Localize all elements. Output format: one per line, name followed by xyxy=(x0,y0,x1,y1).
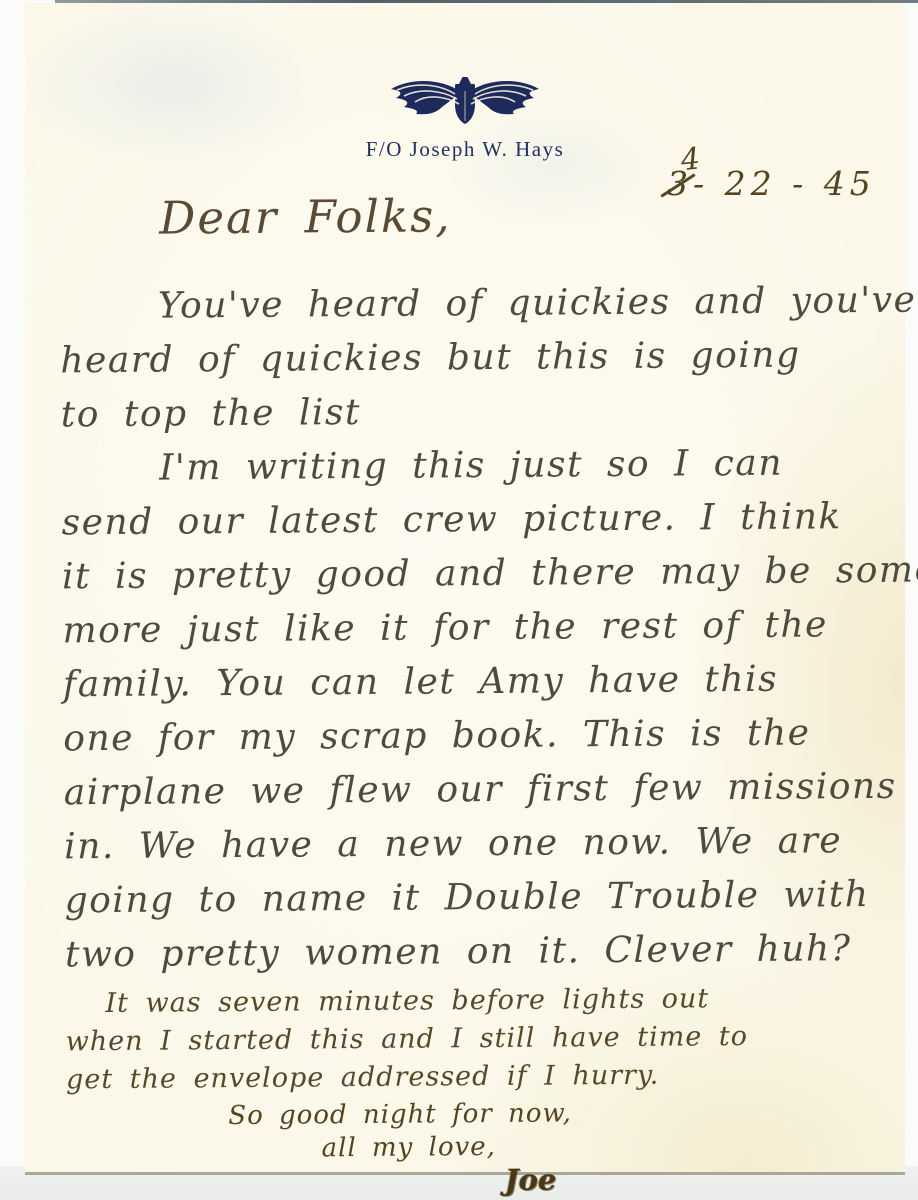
handwritten-line: more just like it for the rest of the xyxy=(62,604,914,665)
handwritten-line: to top the list xyxy=(61,388,913,449)
handwritten-line: one for my scrap book. This is the xyxy=(63,712,915,773)
handwritten-line: going to name it Double Trouble with xyxy=(64,874,916,935)
handwritten-line: when I started this and I still have tim… xyxy=(66,1020,918,1065)
handwritten-line: it is pretty good and there may be some xyxy=(62,550,914,611)
letter-body: Dear Folks, You've heard of quickies and… xyxy=(59,186,918,1200)
handwritten-line: two pretty women on it. Clever huh? xyxy=(65,928,917,989)
signature: Joe xyxy=(505,1160,918,1197)
handwritten-line: I'm writing this just so I can xyxy=(61,442,913,503)
scan-top-edge xyxy=(55,0,918,3)
handwritten-line: heard of quickies but this is going xyxy=(60,334,912,395)
handwritten-line: You've heard of quickies and you've xyxy=(60,280,912,341)
handwritten-line: get the envelope addressed if I hurry. xyxy=(66,1058,918,1103)
handwritten-line: It was seven minutes before lights out xyxy=(65,982,917,1027)
handwritten-line: send our latest crew picture. I think xyxy=(61,496,913,557)
handwritten-line: airplane we flew our first few missions xyxy=(64,766,916,827)
salutation: Dear Folks, xyxy=(159,186,912,286)
handwritten-line: in. We have a new one now. We are xyxy=(64,820,916,881)
closing-line: So good night for now, xyxy=(228,1096,918,1134)
bombardier-wings-icon xyxy=(387,75,543,129)
letter-paper: F/O Joseph W. Hays 4 3- 22 - 45 Dear Fol… xyxy=(25,3,905,1175)
handwritten-line: family. You can let Amy have this xyxy=(63,658,915,719)
scanned-letter-page: F/O Joseph W. Hays 4 3- 22 - 45 Dear Fol… xyxy=(0,0,918,1200)
